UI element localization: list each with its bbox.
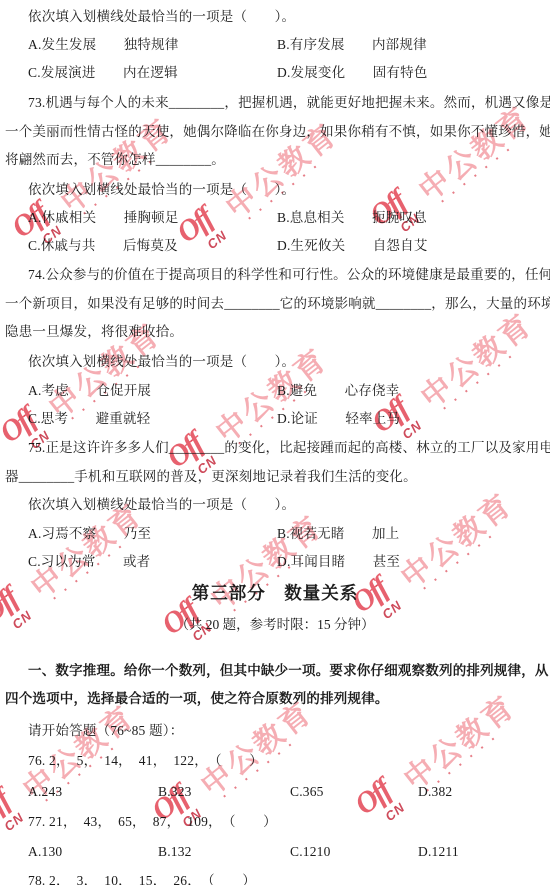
offcn-watermark: OffCN中公教育▪▪▪▪▪▪▪ <box>344 660 550 844</box>
question-73-options-row-1: A.休戚相关 捶胸顿足B.息息相关 扼腕叹息 <box>28 209 427 226</box>
question-75-option-a: A.习焉不察 乃至 <box>28 525 277 542</box>
question-72-options-row-1: A.发生发展 独特规律B.有序发展 内部规律 <box>28 36 427 53</box>
question-73-line-2: 一个美丽而性情古怪的天使，她偶尔降临在你身边，如果你稍有不慎，如果你不懂珍惜，她 <box>5 123 550 140</box>
question-75-line-2: 器________手机和互联网的普及，更深刻地记录着我们生活的变化。 <box>5 468 417 485</box>
question-75-prompt: 依次填入划横线处最恰当的一项是（ ）。 <box>28 496 295 513</box>
question-73-option-d: D.生死攸关 自怨自艾 <box>277 238 428 253</box>
question-75-option-c: C.习以为常 或者 <box>28 553 277 570</box>
question-74-line-1: 74.公众参与的价值在于提高项目的科学性和可行性。公众的环境健康是最重要的，任何 <box>28 266 550 283</box>
question-74-prompt: 依次填入划横线处最恰当的一项是（ ）。 <box>28 353 295 370</box>
question-72-option-c: C.发展演进 内在逻辑 <box>28 64 277 81</box>
question-73-option-b: B.息息相关 扼腕叹息 <box>277 210 427 225</box>
question-74-option-d: D.论证 轻率上马 <box>277 411 400 426</box>
start-answering-note: 请开始答题（76~85 题）： <box>28 722 183 739</box>
question-75-option-d: D.耳闻目睹 甚至 <box>277 554 400 569</box>
question-74-option-b: B.避免 心存侥幸 <box>277 383 399 398</box>
question-74-line-2: 一个新项目，如果没有足够的时间去________它的环境影响就________，… <box>5 295 550 312</box>
question-75-line-1: 75.正是这许许多多人们________的变化，比起接踵而起的高楼、林立的工厂以… <box>28 439 550 456</box>
question-73-prompt: 依次填入划横线处最恰当的一项是（ ）。 <box>28 181 295 198</box>
question-73-option-c: C.休戚与共 后悔莫及 <box>28 237 277 254</box>
question-76-option-a: A.243 <box>28 783 158 800</box>
question-77-option-a: A.130 <box>28 843 158 860</box>
question-76-stem: 76. 2， 5， 14， 41， 122， （ ） <box>28 752 263 769</box>
question-76-option-d: D.382 <box>418 784 452 799</box>
question-77-options-row: A.130B.132C.1210D.1211 <box>28 843 459 860</box>
question-72-prompt: 依次填入划横线处最恰当的一项是（ ）。 <box>28 8 295 25</box>
question-74-line-3: 隐患一旦爆发，将很难收拾。 <box>5 323 183 340</box>
question-72-options-row-2: C.发展演进 内在逻辑D.发展变化 固有特色 <box>28 64 428 81</box>
section-intro-line-2: 四个选项中，选择最合适的一项，使之符合原数列的排列规律。 <box>5 690 389 707</box>
question-77-stem: 77. 21， 43， 65， 87， 109， （ ） <box>28 813 277 830</box>
question-73-line-3: 将翩然而去，不管你怎样________。 <box>5 151 225 168</box>
offcn-brand-text: 中公教育 <box>392 682 523 798</box>
question-76-option-c: C.365 <box>290 783 418 800</box>
question-75-option-b: B.视若无睹 加上 <box>277 526 399 541</box>
question-77-option-c: C.1210 <box>290 843 418 860</box>
question-74-options-row-2: C.思考 避重就轻D.论证 轻率上马 <box>28 410 400 427</box>
section-title: 第三部分 数量关系 <box>0 580 550 605</box>
offcn-seal-dots: ▪▪▪▪▪▪▪ <box>439 139 521 206</box>
section-subtitle: （共 20 题，参考时限：15 分钟） <box>0 613 550 633</box>
question-74-options-row-1: A.考虑 仓促开展B.避免 心存侥幸 <box>28 382 399 399</box>
offcn-cn-label: CN <box>1 810 27 835</box>
question-74-option-a: A.考虑 仓促开展 <box>28 382 277 399</box>
question-72-option-d: D.发展变化 固有特色 <box>277 65 428 80</box>
question-76-options-row: A.243B.323C.365D.382 <box>28 783 452 800</box>
question-73-options-row-2: C.休戚与共 后悔莫及D.生死攸关 自怨自艾 <box>28 237 428 254</box>
section-intro-line-1: 一、数字推理。给你一个数列，但其中缺少一项。要求你仔细观察数列的排列规律，从 <box>28 662 549 679</box>
question-73-line-1: 73.机遇与每个人的未来________，把握机遇，就能更好地把握未来。然而，机… <box>28 94 550 111</box>
offcn-seal-dots: ▪▪▪▪▪▪▪ <box>441 346 523 413</box>
question-78-stem: 78. 2， 3， 10， 15， 26， （ ） <box>28 872 256 885</box>
question-76-option-b: B.323 <box>158 783 290 800</box>
question-72-option-b: B.有序发展 内部规律 <box>277 37 427 52</box>
question-75-options-row-1: A.习焉不察 乃至B.视若无睹 加上 <box>28 525 399 542</box>
question-73-option-a: A.休戚相关 捶胸顿足 <box>28 209 277 226</box>
question-75-options-row-2: C.习以为常 或者D.耳闻目睹 甚至 <box>28 553 400 570</box>
offcn-brand-text: 中公教育 <box>409 300 540 416</box>
offcn-logo: Off <box>0 784 16 832</box>
offcn-cn-label: CN <box>382 800 408 825</box>
question-77-option-d: D.1211 <box>418 844 459 859</box>
question-77-option-b: B.132 <box>158 843 290 860</box>
question-72-option-a: A.发生发展 独特规律 <box>28 36 277 53</box>
document-page: { "colors": { "text": "#1c1c1c", "backgr… <box>0 0 550 885</box>
question-74-option-c: C.思考 避重就轻 <box>28 410 277 427</box>
offcn-brand-text: 中公教育 <box>389 480 520 596</box>
